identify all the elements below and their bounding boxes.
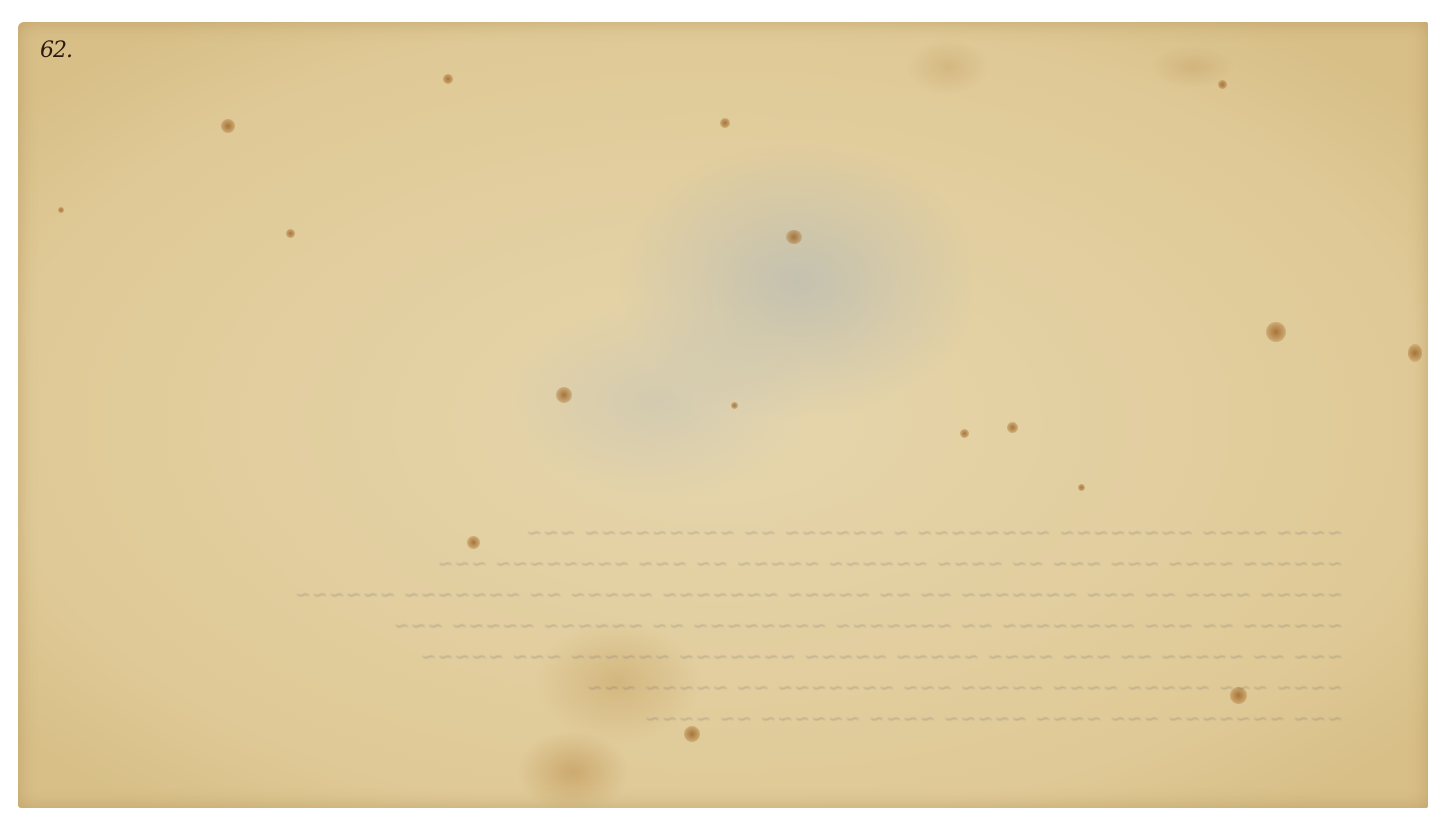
bleed-line: ~~~~ ~~~~ ~~~~~~~~ ~~~~~~~~ ~ ~~~~~~ ~~ … [113, 522, 1343, 553]
foxing-spot [1266, 322, 1286, 342]
bleed-line: ~~~~ ~~~ ~~~~~ ~~~~ ~~~~~ ~~~ ~~~~~~~ ~~… [113, 677, 1343, 708]
foxing-spot [731, 402, 738, 409]
foxing-spot [786, 230, 802, 244]
bleed-line: ~~~~~ ~~~~ ~~ ~~~ ~~~~~~~ ~~ ~~ ~~~~~ ~~… [113, 584, 1343, 615]
foxing-spot [443, 74, 453, 84]
foxing-spot [556, 387, 572, 403]
foxing-spot [1007, 422, 1018, 433]
page-number: 62. [40, 38, 72, 63]
foxing-spot [286, 229, 295, 238]
foxing-spot [960, 429, 969, 438]
bleed-line: ~~~ ~~~~~~~ ~~~ ~~~~ ~~~~~ ~~~~ ~~~~~~ ~… [113, 708, 1343, 739]
bleed-line: ~~~~~~ ~~~~ ~~~ ~~~ ~~ ~~~~ ~~~~~~ ~~~~~… [113, 553, 1343, 584]
foxing-spot [1218, 80, 1227, 89]
foxing-spot [720, 118, 730, 128]
foxing-spot [1408, 344, 1422, 362]
foxing-spot [1078, 484, 1085, 491]
bleed-line: ~~~ ~~ ~~~~~ ~~ ~~~ ~~~~ ~~~~~ ~~~~~ ~~~… [113, 646, 1343, 677]
foxing-spot [58, 207, 64, 213]
bleed-line: ~~~~~~ ~~ ~~~ ~~~~~~~~ ~~ ~~~~~~~ ~~~~~~… [113, 615, 1343, 646]
manuscript-page: 62. ~~~~ ~~~~ ~~~~~~~~ ~~~~~~~~ ~ ~~~~~~… [18, 22, 1428, 808]
bleed-through-text: ~~~~ ~~~~ ~~~~~~~~ ~~~~~~~~ ~ ~~~~~~ ~~ … [113, 522, 1343, 739]
foxing-spot [221, 119, 235, 133]
